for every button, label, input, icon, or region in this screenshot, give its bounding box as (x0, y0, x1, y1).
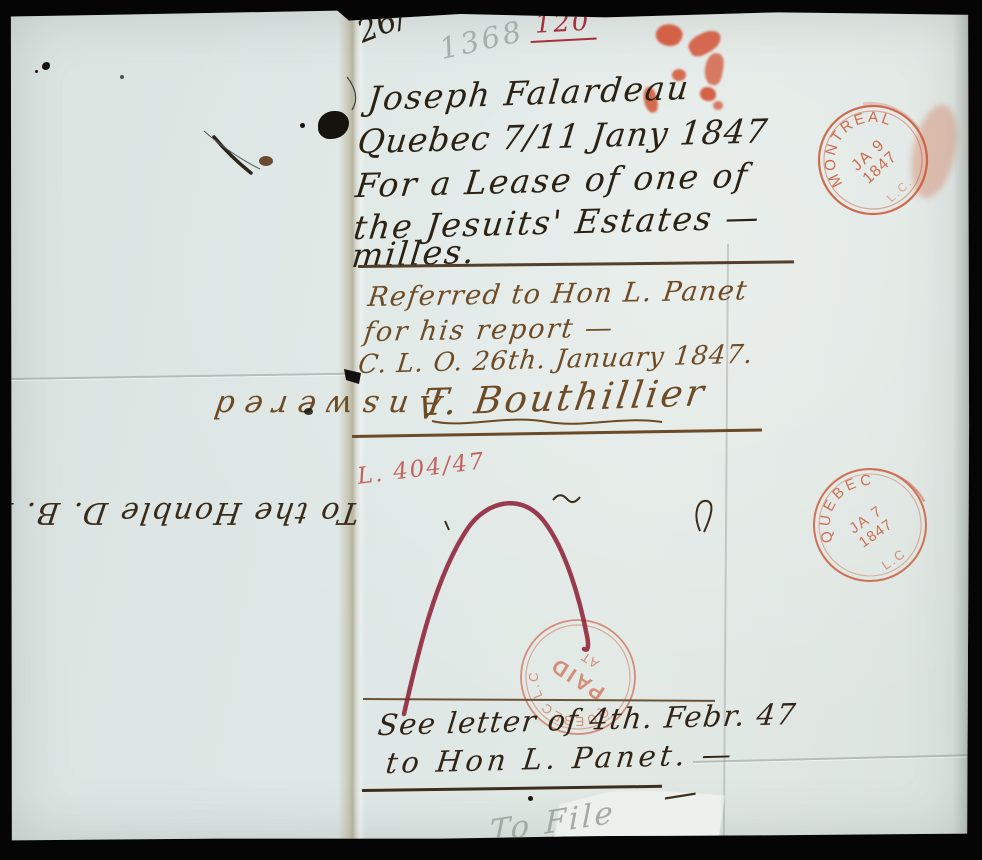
stray-apostrophe (445, 521, 449, 530)
signature-flourish (432, 420, 662, 424)
brown-blot (259, 156, 273, 166)
manuscript-strokes-overlay (8, 9, 971, 842)
ink-blot-arrow (344, 369, 361, 384)
stray-squiggle (553, 495, 580, 502)
stray-squiggle (696, 501, 711, 532)
letter-page: 26/ 1368 120 Joseph Falardeau Quebec 7/1… (8, 9, 971, 842)
red-crayon-check (404, 503, 588, 714)
ink-hairline (214, 137, 251, 173)
ink-curl (347, 77, 356, 110)
photograph-frame: 26/ 1368 120 Joseph Falardeau Quebec 7/1… (0, 0, 982, 860)
